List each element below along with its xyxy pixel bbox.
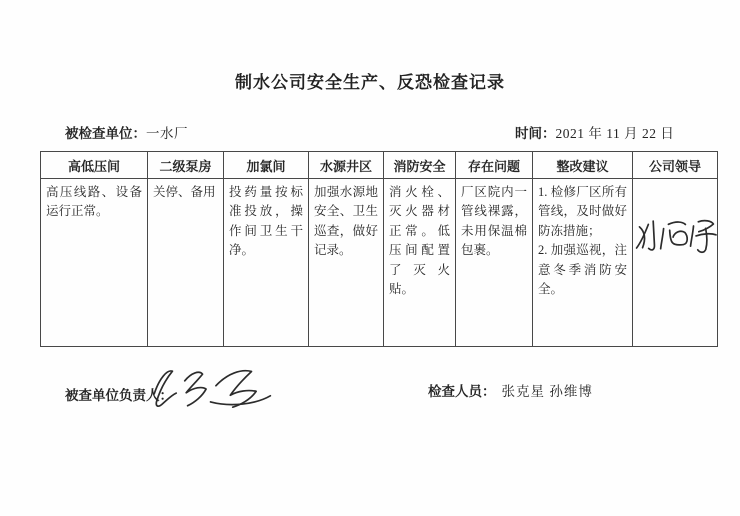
cell-high-low-voltage-room: 高压线路、设备运行正常。 <box>41 179 148 347</box>
table-row: 高压线路、设备运行正常。 关停、备用 投药量按标准投放，操作间卫生干净。 加强水… <box>41 179 718 347</box>
footer-row: 被查单位负责人： 检查人员：张克星 孙维博 <box>65 380 700 420</box>
cell-secondary-pump-house: 关停、备用 <box>148 179 224 347</box>
header-rectification-suggestions: 整改建议 <box>533 152 633 179</box>
responsible-signature <box>139 356 276 419</box>
suggestion-item-2: 2. 加强巡视，注意冬季消防安全。 <box>538 241 627 299</box>
inspected-unit: 被检查单位：一水厂 <box>65 122 188 142</box>
document-page: 制水公司安全生产、反恐检查记录 被检查单位：一水厂 时间：2021 年 11 月… <box>0 0 740 516</box>
suggestion-item-1: 1. 检修厂区所有管线，及时做好防冻措施； <box>538 183 627 241</box>
date-value: 2021 年 11 月 22 日 <box>556 126 675 141</box>
header-water-source-wells: 水源井区 <box>309 152 384 179</box>
inspectors-names: 张克星 孙维博 <box>502 384 593 399</box>
cell-fire-safety: 消火栓、灭火器材正常。低压间配置了灭火贴。 <box>384 179 456 347</box>
cell-rectification-suggestions: 1. 检修厂区所有管线，及时做好防冻措施； 2. 加强巡视，注意冬季消防安全。 <box>533 179 633 347</box>
inspected-unit-value: 一水厂 <box>146 126 188 141</box>
inspectors-label: 检查人员： <box>428 384 496 399</box>
company-leader-signature <box>632 211 718 261</box>
cell-existing-problems: 厂区院内一管线裸露，未用保温棉包裹。 <box>456 179 533 347</box>
header-secondary-pump-house: 二级泵房 <box>148 152 224 179</box>
responsible-person: 被查单位负责人： <box>65 384 173 404</box>
inspection-date: 时间：2021 年 11 月 22 日 <box>515 122 674 142</box>
header-chlorination-room: 加氯间 <box>224 152 309 179</box>
inspection-table: 高低压间 二级泵房 加氯间 水源井区 消防安全 存在问题 整改建议 公司领导 高… <box>40 151 718 347</box>
header-company-leader: 公司领导 <box>633 152 718 179</box>
header-existing-problems: 存在问题 <box>456 152 533 179</box>
page-title: 制水公司安全生产、反恐检查记录 <box>0 68 740 93</box>
inspected-unit-label: 被检查单位： <box>65 126 146 141</box>
header-fire-safety: 消防安全 <box>384 152 456 179</box>
cell-company-leader <box>633 179 718 347</box>
cell-chlorination-room: 投药量按标准投放，操作间卫生干净。 <box>224 179 309 347</box>
table-header-row: 高低压间 二级泵房 加氯间 水源井区 消防安全 存在问题 整改建议 公司领导 <box>41 152 718 179</box>
inspectors: 检查人员：张克星 孙维博 <box>428 380 593 400</box>
date-label: 时间： <box>515 126 556 141</box>
header-high-low-voltage-room: 高低压间 <box>41 152 148 179</box>
cell-water-source-wells: 加强水源地安全、卫生巡查，做好记录。 <box>309 179 384 347</box>
